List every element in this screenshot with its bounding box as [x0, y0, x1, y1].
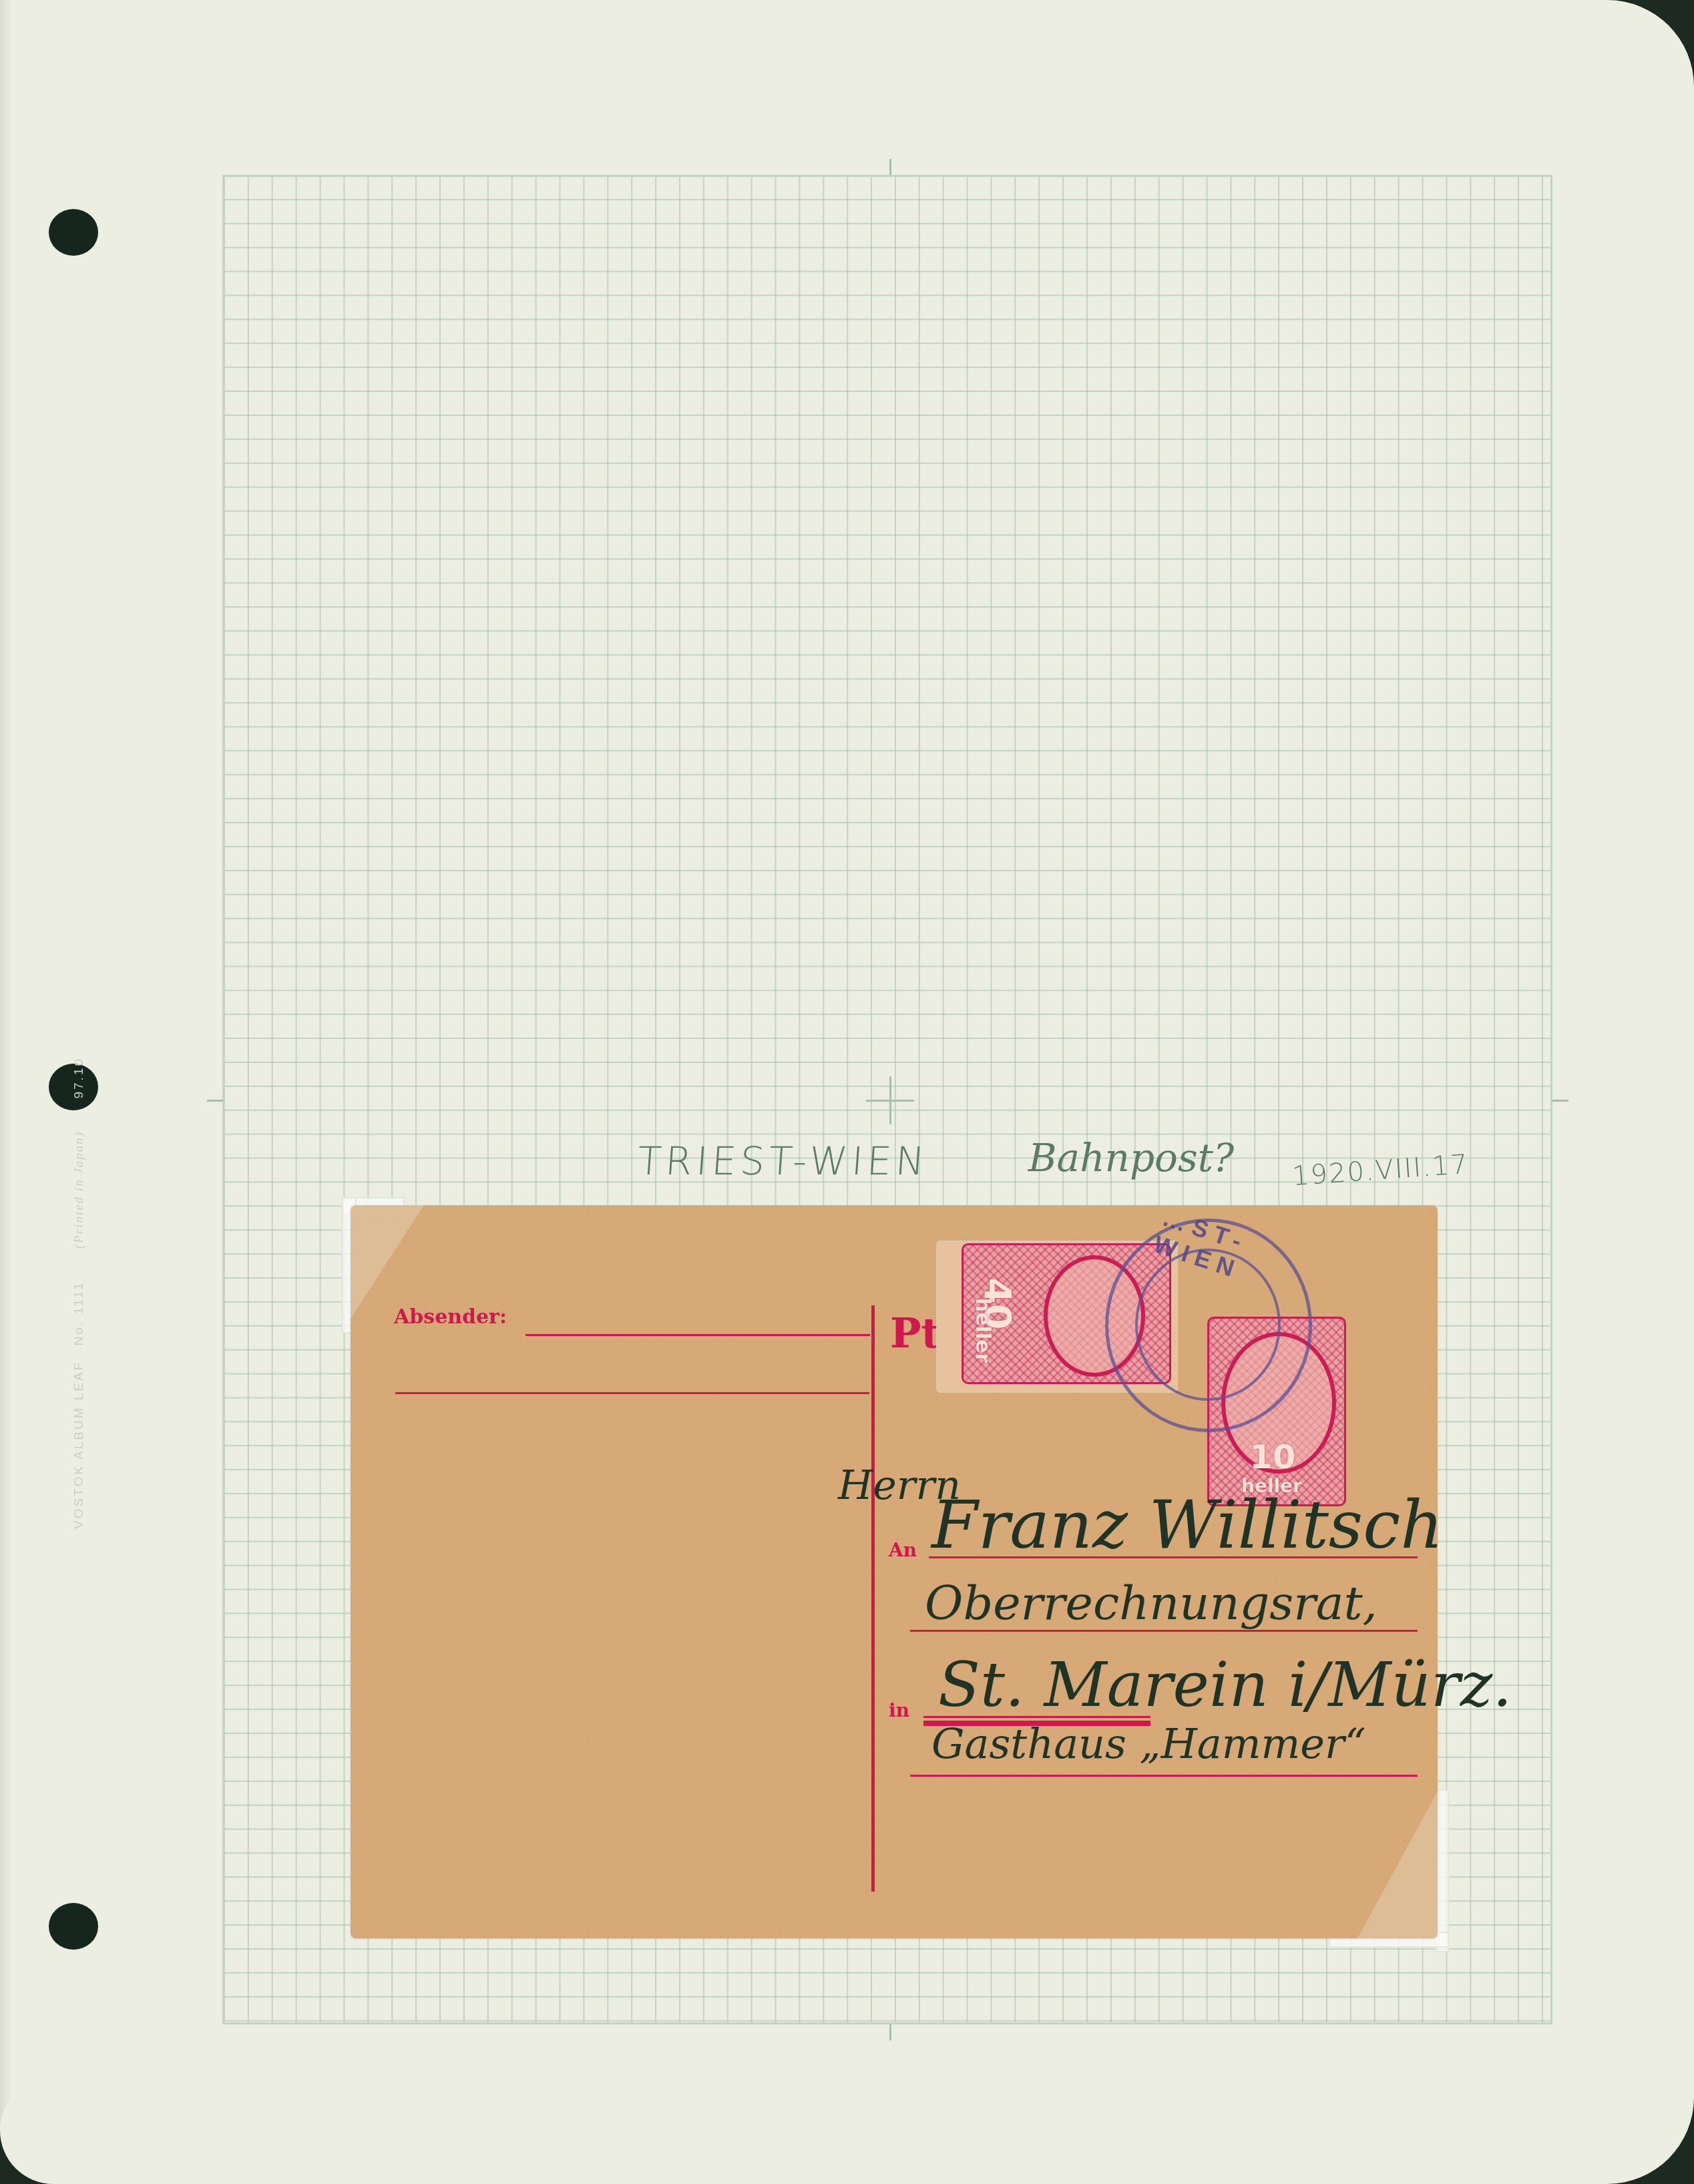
divider-line	[871, 1305, 875, 1892]
stamp-40-unit: heller	[971, 1298, 994, 1363]
album-leaf: VOSTOK ALBUM LEAF No. 1111 (Printed in J…	[0, 0, 1694, 2184]
annotation-question: Bahnpost?	[1028, 1135, 1234, 1180]
tick-right	[1552, 1100, 1568, 1102]
sender-line-2	[395, 1392, 869, 1394]
center-cross-v	[889, 1076, 891, 1124]
mount-flap-topleft	[351, 1205, 424, 1319]
postcard: Absender: Pt 40 heller 10 heller …ST-WIE…	[351, 1205, 1438, 1938]
tick-top	[889, 159, 891, 175]
imprint-brand: VOSTOK ALBUM LEAF	[72, 1361, 86, 1529]
sender-line-1	[525, 1334, 870, 1336]
imprint-code: 97.10	[72, 1057, 86, 1099]
punch-hole-top	[49, 209, 98, 256]
mount-flap-bottomright	[1357, 1791, 1438, 1938]
to-label: An	[889, 1539, 917, 1561]
address-line4-text: Gasthaus „Hammer“	[931, 1719, 1365, 1768]
leaf-imprint: VOSTOK ALBUM LEAF No. 1111 (Printed in J…	[72, 1057, 87, 1529]
leaf-corner-cutout	[0, 2131, 53, 2184]
punch-hole-bottom	[49, 1903, 98, 1950]
address-city: St. Marein i/Mürz.	[938, 1649, 1512, 1721]
mount-corner-right	[1436, 1789, 1449, 1952]
tick-left	[207, 1100, 223, 1102]
annotation-route: TRIEST-WIEN	[636, 1138, 930, 1184]
imprint-origin: (Printed in Japan)	[72, 1131, 86, 1249]
postcard-header-fragment: Pt	[890, 1309, 940, 1357]
address-line2-text: Oberrechnungsrat,	[925, 1576, 1378, 1630]
imprint-number: No. 1111	[72, 1281, 86, 1346]
stamp-10-value: 10	[1249, 1438, 1296, 1476]
tick-bottom	[889, 2024, 891, 2040]
address-name: Franz Willitsch	[931, 1486, 1444, 1564]
address-line-4	[910, 1775, 1418, 1777]
in-label: in	[889, 1699, 909, 1721]
postmark: …ST-WIEN	[1105, 1219, 1312, 1432]
sender-label: Absender:	[394, 1305, 507, 1329]
